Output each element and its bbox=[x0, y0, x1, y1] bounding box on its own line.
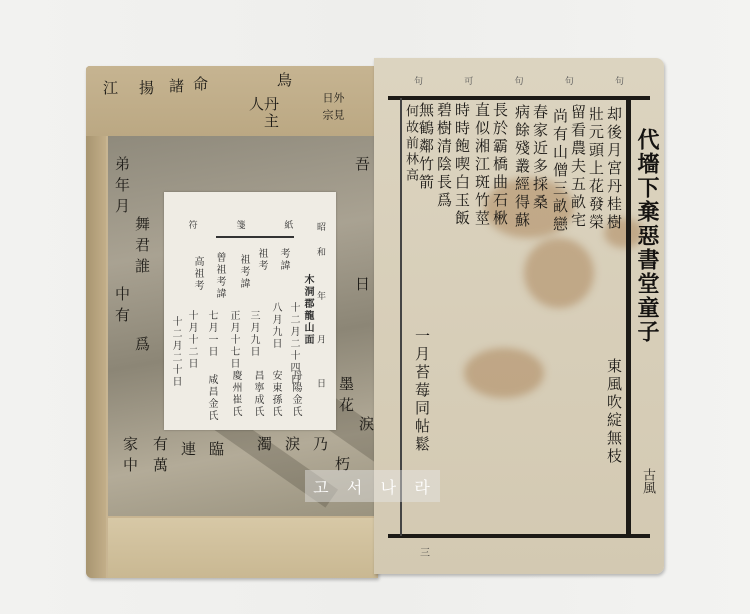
mark: 可 bbox=[464, 74, 473, 87]
clan: 慶州崔氏 bbox=[228, 370, 243, 418]
watermark: 고 서 나 라 bbox=[305, 470, 440, 502]
date: 八月九日 bbox=[268, 302, 283, 350]
watermark-char: 고 bbox=[313, 475, 330, 498]
date: 十月十二日 bbox=[184, 310, 199, 370]
text-column: 外見日宗 bbox=[322, 92, 344, 136]
date: 正月十七日 bbox=[226, 310, 241, 370]
text-column: 臨 bbox=[208, 441, 223, 462]
mark: 句 bbox=[565, 74, 574, 87]
stamp-text: 木洞郡龍山面 bbox=[300, 274, 315, 346]
watermark-char: 서 bbox=[347, 475, 364, 498]
text-column: 諸 bbox=[168, 78, 183, 99]
text-column: 無鶴鄰竹箭 bbox=[418, 102, 433, 192]
date: 三月九日 bbox=[246, 310, 261, 358]
date: 十二月二十日 bbox=[168, 316, 183, 388]
text-column: 尚有山僧三畝戀 bbox=[552, 108, 567, 234]
watermark-char: 라 bbox=[414, 475, 431, 498]
water-stain bbox=[524, 238, 594, 308]
text-column: 命 bbox=[192, 76, 207, 97]
text-column: 爲 bbox=[134, 336, 149, 357]
text-column: 中有 bbox=[114, 286, 129, 328]
text-column: 濁 bbox=[256, 436, 271, 457]
relation: 曾祖考諱 bbox=[212, 252, 227, 300]
text-column: 時時飽喫白玉飯 bbox=[454, 102, 469, 228]
page-edge bbox=[86, 66, 106, 578]
text-column: 壯元頭上花發榮 bbox=[588, 106, 603, 232]
mark: 句 bbox=[414, 74, 423, 87]
text-column: 却後月宮丹桂樹 bbox=[606, 106, 621, 232]
text-column: 淚 bbox=[358, 416, 373, 437]
water-stain bbox=[464, 348, 544, 398]
date: 七月一日 bbox=[204, 310, 219, 358]
text-column: 乃 bbox=[312, 436, 327, 457]
header-marks: 句 可 句 句 句 bbox=[414, 74, 624, 87]
date-label: 昭和 年 月 日 bbox=[314, 222, 327, 404]
mark: 句 bbox=[514, 74, 523, 87]
mark: 句 bbox=[615, 74, 624, 87]
text-column: 吾 bbox=[354, 156, 369, 177]
text-column: 弟年月 bbox=[114, 156, 129, 219]
text-column: 東風吹綻無枝 bbox=[606, 358, 621, 466]
clan: 咸昌金氏 bbox=[204, 374, 219, 422]
relation: 高祖考 bbox=[190, 256, 205, 292]
text-column: 直似湘江斑竹莖 bbox=[474, 102, 489, 228]
text-column: 鳥 bbox=[276, 72, 291, 93]
page-number: 三 bbox=[420, 544, 430, 559]
watermark-char: 나 bbox=[381, 475, 398, 498]
text-column: 日 bbox=[354, 276, 369, 297]
note-title: 符 箋 紙 bbox=[164, 218, 336, 231]
clan: 昌寧成氏 bbox=[250, 370, 265, 418]
text-column: 丹主人 bbox=[248, 96, 278, 136]
text-column: 淚 bbox=[284, 436, 299, 457]
text-column: 何故前林高 bbox=[404, 104, 417, 184]
text-column: 留看農夫五畝宅 bbox=[570, 104, 585, 230]
clan: 安東孫氏 bbox=[268, 370, 283, 418]
text-column: 長於霸橋曲石楸 bbox=[492, 102, 507, 228]
bottom-paper-band bbox=[108, 518, 376, 578]
text-column: 連 bbox=[180, 441, 195, 462]
text-column: 家中 bbox=[122, 436, 137, 478]
frame-border-bottom bbox=[388, 534, 650, 538]
relation: 祖考 bbox=[254, 248, 269, 272]
genealogy-note-card: 符 箋 紙 昭和 年 月 日 木洞郡龍山面 考諱 十二月二十四日 丹陽金氏 祖考… bbox=[164, 192, 336, 430]
text-column: 一月苔莓同帖鬆 bbox=[414, 328, 429, 454]
relation: 考諱 bbox=[276, 248, 291, 272]
text-column: 病餘殘叢經得蘇 bbox=[514, 104, 529, 230]
relation: 祖考諱 bbox=[236, 254, 251, 290]
text-column: 墨花 bbox=[338, 376, 353, 418]
book-subtitle: 古風 bbox=[638, 468, 657, 494]
text-column: 江 bbox=[102, 80, 117, 101]
frame-border-top bbox=[388, 96, 650, 100]
text-column: 春家近多採桑 bbox=[532, 104, 547, 212]
open-book: 江 揚 諸 命 鳥 丹主人 外見日宗 弟年月 舞君誰 中有 爲 吾 日 墨花 淚… bbox=[86, 58, 666, 583]
text-column: 有萬 bbox=[152, 436, 167, 478]
text-column: 揚 bbox=[138, 80, 153, 101]
text-column: 舞君誰 bbox=[134, 216, 149, 279]
text-column: 碧樹清陰長爲 bbox=[436, 102, 451, 210]
clan: 丹陽金氏 bbox=[288, 370, 303, 418]
book-title: 代墻下棄惡書堂童子 bbox=[632, 128, 663, 344]
top-paper-band: 江 揚 諸 命 鳥 丹主人 外見日宗 bbox=[86, 66, 378, 136]
title-underline bbox=[216, 236, 294, 238]
frame-border-right bbox=[626, 98, 631, 536]
